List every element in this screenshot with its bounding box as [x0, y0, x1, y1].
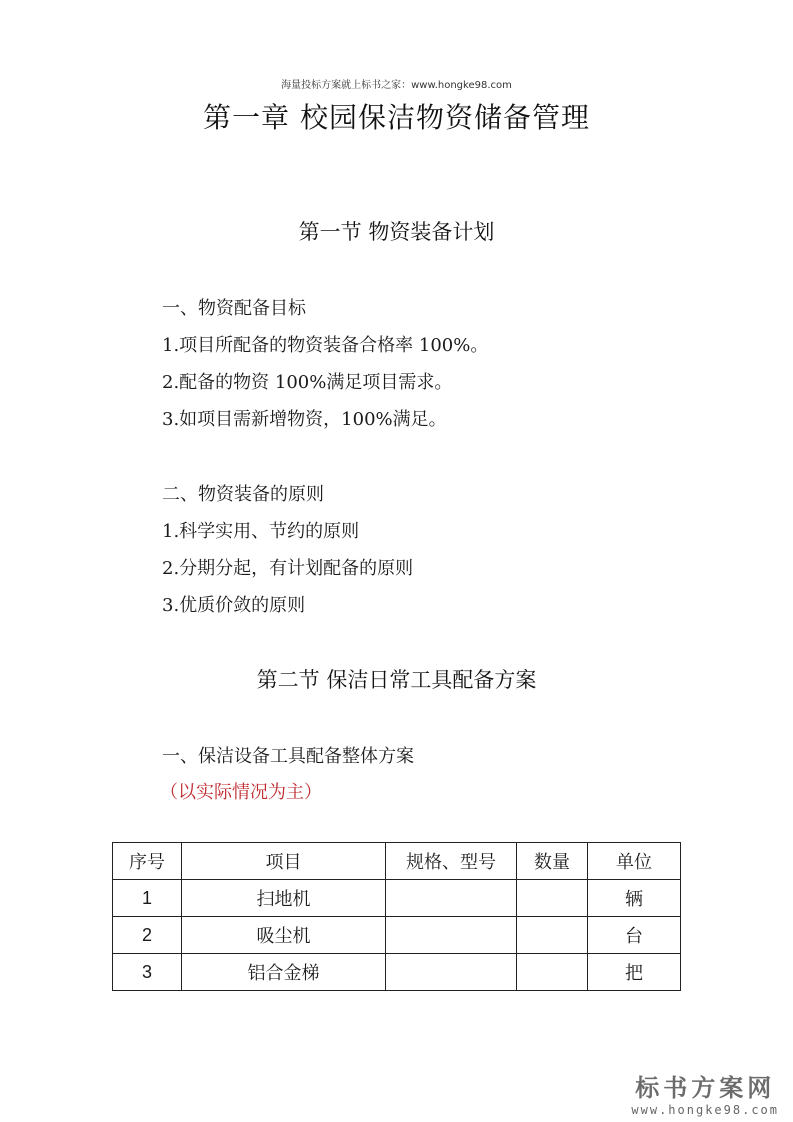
part-heading-goals: 一、物资配备目标 [162, 294, 306, 320]
cell-quantity [517, 954, 588, 991]
watermark-title: 标书方案网 [631, 1068, 779, 1103]
cell-unit: 台 [588, 917, 681, 954]
cell-quantity [517, 880, 588, 917]
cell-quantity [517, 917, 588, 954]
watermark-url: www.hongke98.com [631, 1103, 779, 1117]
cell-item: 扫地机 [182, 880, 386, 917]
table-row: 1 扫地机 辆 [113, 880, 681, 917]
principle-item-2: 2.分期分起，有计划配备的原则 [162, 554, 413, 580]
cell-index: 1 [113, 880, 182, 917]
header-unit: 单位 [588, 843, 681, 880]
part-heading-principles: 二、物资装备的原则 [162, 480, 324, 506]
cell-spec [386, 917, 517, 954]
part-heading-equipment-plan: 一、保洁设备工具配备整体方案 [162, 742, 414, 768]
goal-item-2: 2.配备的物资 100%满足项目需求。 [162, 368, 452, 394]
section-title-2: 第二节 保洁日常工具配备方案 [0, 664, 793, 694]
goal-item-1: 1.项目所配备的物资装备合格率 100%。 [162, 331, 488, 357]
equipment-table: 序号 项目 规格、型号 数量 单位 1 扫地机 辆 2 吸尘机 台 3 铝合金梯… [112, 842, 681, 991]
cell-spec [386, 880, 517, 917]
principle-item-3: 3.优质价敛的原则 [162, 591, 305, 617]
watermark: 标书方案网 www.hongke98.com [631, 1068, 779, 1117]
section-title-1: 第一节 物资装备计划 [0, 216, 793, 246]
cell-item: 铝合金梯 [182, 954, 386, 991]
cell-spec [386, 954, 517, 991]
header-index: 序号 [113, 843, 182, 880]
principle-item-1: 1.科学实用、节约的原则 [162, 517, 359, 543]
cell-index: 3 [113, 954, 182, 991]
goal-item-3: 3.如项目需新增物资，100%满足。 [162, 405, 447, 431]
cell-index: 2 [113, 917, 182, 954]
table-header-row: 序号 项目 规格、型号 数量 单位 [113, 843, 681, 880]
note-actual-conditions: （以实际情况为主） [160, 778, 322, 804]
header-quantity: 数量 [517, 843, 588, 880]
table-row: 2 吸尘机 台 [113, 917, 681, 954]
cell-unit: 把 [588, 954, 681, 991]
cell-unit: 辆 [588, 880, 681, 917]
header-item: 项目 [182, 843, 386, 880]
header-spec: 规格、型号 [386, 843, 517, 880]
table-row: 3 铝合金梯 把 [113, 954, 681, 991]
chapter-title: 第一章 校园保洁物资储备管理 [0, 96, 793, 136]
cell-item: 吸尘机 [182, 917, 386, 954]
header-note: 海量投标方案就上标书之家：www.hongke98.com [0, 76, 793, 91]
